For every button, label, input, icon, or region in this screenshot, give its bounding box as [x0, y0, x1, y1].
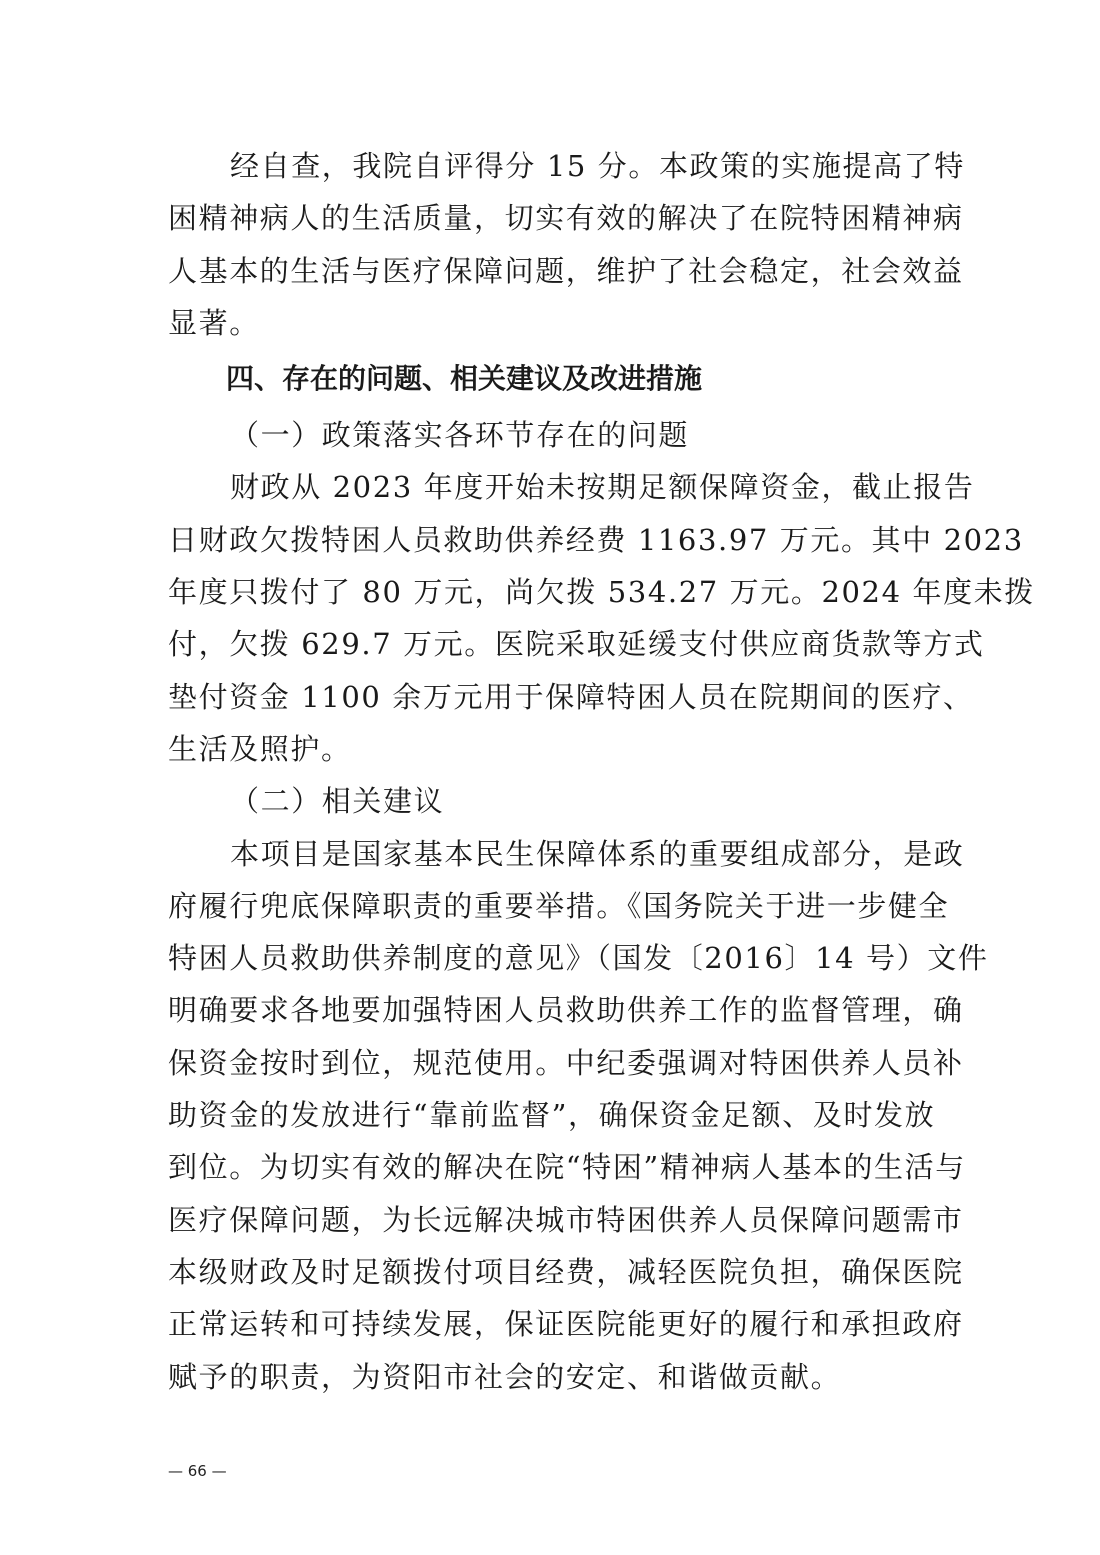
- text-line: 财政从 2023 年度开始未按期足额保障资金，截止报告: [168, 461, 938, 513]
- subheading-problems: （一）政策落实各环节存在的问题: [168, 409, 938, 461]
- text-line: 到位。为切实有效的解决在院“特困”精神病人基本的生活与: [168, 1141, 938, 1193]
- page-number: — 66 —: [168, 1462, 227, 1480]
- text-line: 本项目是国家基本民生保障体系的重要组成部分，是政: [168, 828, 938, 880]
- text-line: 府履行兜底保障职责的重要举措。《国务院关于进一步健全: [168, 880, 938, 932]
- section-heading: 四、存在的问题、相关建议及改进措施: [168, 349, 938, 409]
- problems-paragraph: 财政从 2023 年度开始未按期足额保障资金，截止报告 日财政欠拨特困人员救助供…: [168, 461, 938, 775]
- text-line: 助资金的发放进行“靠前监督”，确保资金足额、及时发放: [168, 1089, 938, 1141]
- text-line: 显著。: [168, 297, 938, 349]
- suggestions-paragraph: 本项目是国家基本民生保障体系的重要组成部分，是政 府履行兜底保障职责的重要举措。…: [168, 828, 938, 1403]
- text-line: 人基本的生活与医疗保障问题，维护了社会稳定，社会效益: [168, 245, 938, 297]
- text-line: 特困人员救助供养制度的意见》（国发〔2016〕14 号）文件: [168, 932, 938, 984]
- text-line: 保资金按时到位，规范使用。中纪委强调对特困供养人员补: [168, 1037, 938, 1089]
- text-line: 赋予的职责，为资阳市社会的安定、和谐做贡献。: [168, 1351, 938, 1403]
- text-line: 困精神病人的生活质量，切实有效的解决了在院特困精神病: [168, 192, 938, 244]
- text-line: 付，欠拨 629.7 万元。医院采取延缓支付供应商货款等方式: [168, 618, 938, 670]
- text-line: 生活及照护。: [168, 723, 938, 775]
- self-assessment-paragraph: 经自查，我院自评得分 15 分。本政策的实施提高了特 困精神病人的生活质量，切实…: [168, 140, 938, 349]
- text-line: 正常运转和可持续发展，保证医院能更好的履行和承担政府: [168, 1298, 938, 1350]
- text-line: 垫付资金 1100 余万元用于保障特困人员在院期间的医疗、: [168, 671, 938, 723]
- subheading-suggestions: （二）相关建议: [168, 775, 938, 827]
- text-line: 日财政欠拨特困人员救助供养经费 1163.97 万元。其中 2023: [168, 514, 938, 566]
- text-line: 明确要求各地要加强特困人员救助供养工作的监督管理，确: [168, 984, 938, 1036]
- document-page: 经自查，我院自评得分 15 分。本政策的实施提高了特 困精神病人的生活质量，切实…: [168, 140, 938, 1403]
- text-line: 经自查，我院自评得分 15 分。本政策的实施提高了特: [168, 140, 938, 192]
- text-line: 本级财政及时足额拨付项目经费，减轻医院负担，确保医院: [168, 1246, 938, 1298]
- text-line: 年度只拨付了 80 万元，尚欠拨 534.27 万元。2024 年度未拨: [168, 566, 938, 618]
- text-line: 医疗保障问题，为长远解决城市特困供养人员保障问题需市: [168, 1194, 938, 1246]
